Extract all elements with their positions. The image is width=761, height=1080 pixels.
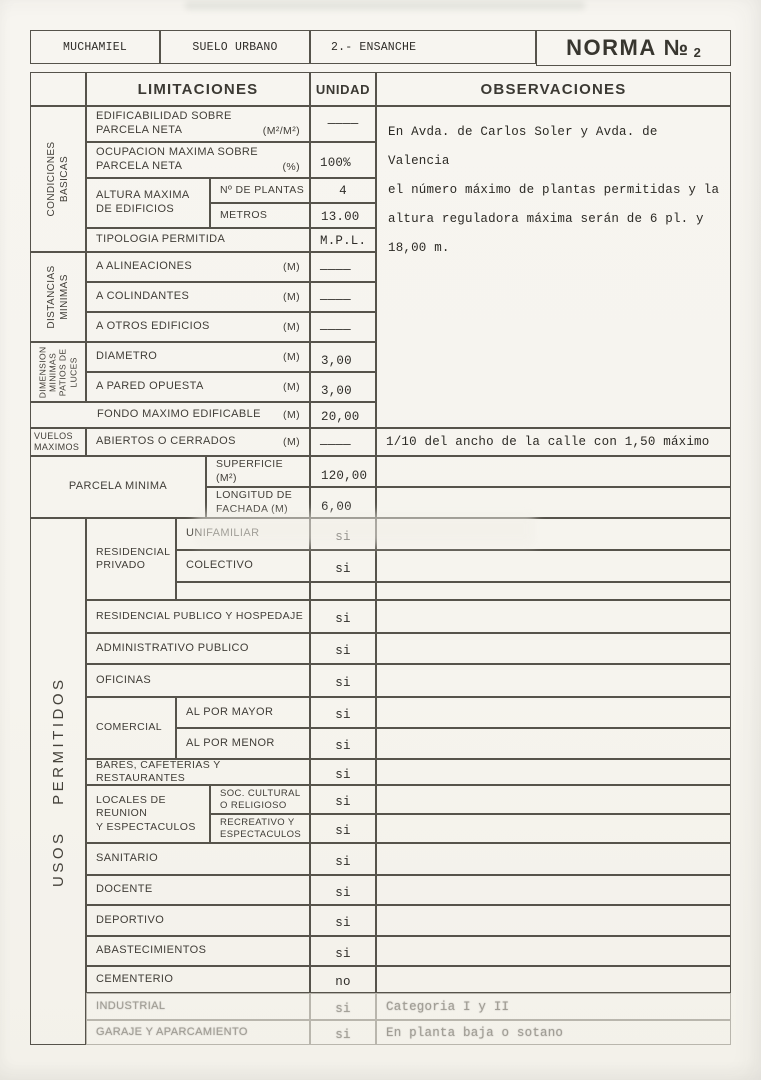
superficie-value: 120,00 (321, 469, 367, 483)
sanitario-value-cell: si (310, 843, 376, 875)
row-sanitario: SANITARIO (86, 843, 310, 875)
observaciones-principal-cell: En Avda. de Carlos Soler y Avda. de Vale… (376, 106, 731, 428)
obs-empty-docente (376, 875, 731, 905)
pared-opuesta-value-cell: 3,00 (310, 372, 376, 402)
abiertos-cerrados-unit: (M) (283, 436, 300, 448)
edificabilidad-unit: (M²/M²) (263, 125, 300, 137)
row-oficinas: OFICINAS (86, 664, 310, 697)
obs-empty-superficie (376, 456, 731, 487)
group-condiciones-basicas-label: CONDICIONES BASICAS (45, 106, 71, 252)
obs-empty-cultural (376, 785, 731, 814)
obs-empty-bares (376, 759, 731, 785)
plantas-value-cell: 4 (310, 178, 376, 203)
fondo-maximo-value-cell: 20,00 (310, 402, 376, 428)
row-residencial-privado: RESIDENCIAL PRIVADO (86, 518, 176, 600)
diametro-value-cell: 3,00 (310, 342, 376, 372)
recreativo-label: RECREATIVO Y ESPECTACULOS (220, 817, 301, 841)
row-administrativo: ADMINISTRATIVO PUBLICO (86, 633, 310, 664)
residencial-publico-label: RESIDENCIAL PUBLICO Y HOSPEDAJE (96, 610, 303, 623)
obs-empty-mayor (376, 697, 731, 728)
comercial-label: COMERCIAL (96, 721, 162, 734)
row-docente: DOCENTE (86, 875, 310, 905)
pared-opuesta-unit: (M) (283, 381, 300, 393)
garaje-value: si (335, 1028, 350, 1042)
al-por-mayor-label: AL POR MAYOR (186, 706, 273, 720)
deportivo-value-cell: si (310, 905, 376, 936)
administrativo-value: si (335, 644, 350, 658)
observaciones-header: OBSERVACIONES (481, 81, 627, 98)
norma-number: 2 (694, 45, 701, 65)
municipality-cell: MUCHAMIEL (30, 30, 160, 64)
colindantes-label: A COLINDANTES (96, 290, 189, 304)
row-edificabilidad: EDIFICABILIDAD SOBRE PARCELA NETA (M²/M²… (86, 106, 310, 142)
pared-opuesta-label: A PARED OPUESTA (96, 380, 204, 394)
al-por-mayor-value: si (335, 708, 350, 722)
group-distancias-minimas: DISTANCIAS MINIMAS (30, 252, 86, 342)
fondo-maximo-value: 20,00 (321, 410, 360, 424)
obs-empty-abastecimientos (376, 936, 731, 966)
residencial-privado-empty-value (310, 582, 376, 600)
unifamiliar-label-cell: UNIFAMILIAR (176, 518, 310, 550)
fachada-label: LONGITUD DE FACHADA (M) (216, 489, 292, 515)
residencial-privado-empty-cell (176, 582, 310, 600)
diametro-unit: (M) (283, 351, 300, 363)
industrial-value-cell: si (310, 993, 376, 1020)
row-industrial: INDUSTRIAL (86, 993, 310, 1020)
metros-value: 13.00 (321, 210, 360, 224)
garaje-label: GARAJE Y APARCAMIENTO (96, 1026, 248, 1040)
obs-empty-oficinas (376, 664, 731, 697)
vuelos-observacion-cell: 1/10 del ancho de la calle con 1,50 máxi… (376, 428, 731, 456)
otros-edificios-unit: (M) (283, 321, 300, 333)
land-class-label: SUELO URBANO (192, 41, 277, 54)
residencial-publico-value-cell: si (310, 600, 376, 633)
docente-label: DOCENTE (96, 883, 153, 897)
recreativo-value-cell: si (310, 814, 376, 843)
row-residencial-publico: RESIDENCIAL PUBLICO Y HOSPEDAJE (86, 600, 310, 633)
row-garaje: GARAJE Y APARCAMIENTO (86, 1020, 310, 1045)
limitaciones-header: LIMITACIONES (138, 81, 259, 98)
row-diametro: DIAMETRO (M) (86, 342, 310, 372)
cementerio-value-cell: no (310, 966, 376, 993)
superficie-value-cell: 120,00 (310, 456, 376, 487)
abiertos-cerrados-value: ———— (320, 438, 351, 452)
observaciones-header-cell: OBSERVACIONES (376, 72, 731, 106)
fachada-label-cell: LONGITUD DE FACHADA (M) (206, 487, 310, 518)
municipality-label: MUCHAMIEL (63, 41, 127, 54)
abiertos-cerrados-label: ABIERTOS O CERRADOS (96, 435, 236, 449)
metros-label-cell: METROS (210, 203, 310, 228)
row-parcela-minima: PARCELA MINIMA (30, 456, 206, 518)
sanitario-label: SANITARIO (96, 852, 158, 866)
deportivo-label: DEPORTIVO (96, 914, 164, 928)
group-vuelos-maximos: VUELOS MAXIMOS (30, 428, 86, 456)
obs-empty-sanitario (376, 843, 731, 875)
industrial-observacion-cell: Categoria I y II (376, 993, 731, 1020)
colindantes-unit: (M) (283, 291, 300, 303)
docente-value: si (335, 886, 350, 900)
row-alineaciones: A ALINEACIONES (M) (86, 252, 310, 282)
bares-value-cell: si (310, 759, 376, 785)
abiertos-cerrados-value-cell: ———— (310, 428, 376, 456)
deportivo-value: si (335, 916, 350, 930)
vuelos-observacion-text: 1/10 del ancho de la calle con 1,50 máxi… (377, 435, 709, 449)
row-abastecimientos: ABASTECIMIENTOS (86, 936, 310, 966)
otros-edificios-value: ———— (320, 323, 351, 337)
abastecimientos-value-cell: si (310, 936, 376, 966)
unifamiliar-value: si (335, 530, 350, 544)
oficinas-label: OFICINAS (96, 674, 151, 688)
superficie-label-cell: SUPERFICIE (M²) (206, 456, 310, 487)
row-ocupacion: OCUPACION MAXIMA SOBRE PARCELA NETA (%) (86, 142, 310, 178)
row-cementerio: CEMENTERIO (86, 966, 310, 993)
fondo-maximo-label: FONDO MAXIMO EDIFICABLE (97, 408, 261, 422)
obs-empty-colectivo (376, 550, 731, 582)
industrial-label: INDUSTRIAL (96, 1000, 165, 1014)
altura-maxima-label: ALTURA MAXIMA DE EDIFICIOS (96, 189, 190, 217)
row-altura-maxima: ALTURA MAXIMA DE EDIFICIOS (86, 178, 210, 228)
obs-empty-cementerio (376, 966, 731, 993)
colectivo-label-cell: COLECTIVO (176, 550, 310, 582)
row-fondo-maximo: FONDO MAXIMO EDIFICABLE (M) (30, 402, 310, 428)
soc-cultural-label-cell: SOC. CULTURAL O RELIGIOSO (210, 785, 310, 814)
colectivo-value: si (335, 562, 350, 576)
plantas-value: 4 (339, 184, 347, 198)
fondo-maximo-unit: (M) (283, 409, 300, 421)
fachada-value-cell: 6,00 (310, 487, 376, 518)
unifamiliar-label: UNIFAMILIAR (186, 527, 259, 541)
alineaciones-unit: (M) (283, 261, 300, 273)
group-usos-permitidos-label: USOS PERMITIDOS (48, 518, 68, 1045)
corner-cell (30, 72, 86, 106)
colectivo-label: COLECTIVO (186, 559, 253, 573)
parcela-minima-label: PARCELA MINIMA (69, 480, 167, 494)
group-vuelos-maximos-label: VUELOS MAXIMOS (34, 431, 79, 453)
recreativo-value: si (335, 824, 350, 838)
fachada-value: 6,00 (321, 500, 352, 514)
obs-empty-resid-pub (376, 600, 731, 633)
unifamiliar-value-cell: si (310, 518, 376, 550)
bares-label: BARES, CAFETERIAS Y RESTAURANTES (96, 759, 305, 785)
tipologia-value-cell: M.P.L. (310, 228, 376, 252)
obs-empty-menor (376, 728, 731, 759)
unidad-header: UNIDAD (316, 82, 370, 97)
sanitario-value: si (335, 855, 350, 869)
unidad-header-cell: UNIDAD (310, 72, 376, 106)
plantas-label: Nº DE PLANTAS (220, 184, 304, 197)
zone-cell: 2.- ENSANCHE (310, 30, 536, 64)
row-locales-reunion: LOCALES DE REUNION Y ESPECTACULOS (86, 785, 210, 843)
land-class-cell: SUELO URBANO (160, 30, 310, 64)
ocupacion-label: OCUPACION MAXIMA SOBRE PARCELA NETA (96, 146, 258, 174)
al-por-menor-value-cell: si (310, 728, 376, 759)
obs-empty-unifamiliar (376, 518, 731, 550)
row-bares: BARES, CAFETERIAS Y RESTAURANTES (86, 759, 310, 785)
ocupacion-unit: (%) (282, 161, 300, 173)
alineaciones-value-cell: ———— (310, 252, 376, 282)
garaje-value-cell: si (310, 1020, 376, 1045)
metros-label: METROS (220, 209, 267, 222)
row-comercial: COMERCIAL (86, 697, 176, 759)
administrativo-label: ADMINISTRATIVO PUBLICO (96, 642, 249, 656)
metros-value-cell: 13.00 (310, 203, 376, 228)
group-patios-luces-label: DIMENSION MINIMAS PATIOS DE LUCES (38, 342, 79, 402)
cementerio-label: CEMENTERIO (96, 973, 173, 987)
industrial-observacion-text: Categoria I y II (377, 1000, 509, 1014)
soc-cultural-value-cell: si (310, 785, 376, 814)
industrial-value: si (335, 1002, 350, 1016)
soc-cultural-label: SOC. CULTURAL O RELIGIOSO (220, 788, 301, 812)
plantas-label-cell: Nº DE PLANTAS (210, 178, 310, 203)
obs-empty-resid-priv (376, 582, 731, 600)
diametro-value: 3,00 (321, 354, 352, 368)
obs-empty-fachada (376, 487, 731, 518)
edificabilidad-value-cell: ———— (310, 106, 376, 142)
superficie-label: SUPERFICIE (M²) (216, 458, 305, 484)
garaje-observacion-text: En planta baja o sotano (377, 1026, 563, 1040)
norma-title: NORMA № (566, 35, 689, 61)
docente-value-cell: si (310, 875, 376, 905)
oficinas-value: si (335, 676, 350, 690)
zone-label: 2.- ENSANCHE (331, 41, 416, 54)
edificabilidad-label: EDIFICABILIDAD SOBRE PARCELA NETA (96, 110, 232, 138)
al-por-mayor-value-cell: si (310, 697, 376, 728)
row-otros-edificios: A OTROS EDIFICIOS (M) (86, 312, 310, 342)
al-por-menor-label-cell: AL POR MENOR (176, 728, 310, 759)
abastecimientos-label: ABASTECIMIENTOS (96, 944, 206, 958)
row-tipologia: TIPOLOGIA PERMITIDA (86, 228, 310, 252)
diametro-label: DIAMETRO (96, 350, 157, 364)
group-condiciones-basicas: CONDICIONES BASICAS (30, 106, 86, 252)
ocupacion-value: 100% (320, 156, 351, 170)
al-por-menor-value: si (335, 739, 350, 753)
obs-empty-administrativo (376, 633, 731, 664)
alineaciones-value: ———— (320, 263, 351, 277)
row-pared-opuesta: A PARED OPUESTA (M) (86, 372, 310, 402)
abastecimientos-value: si (335, 947, 350, 961)
observaciones-principal-text: En Avda. de Carlos Soler y Avda. de Vale… (377, 107, 730, 427)
colindantes-value-cell: ———— (310, 282, 376, 312)
recreativo-label-cell: RECREATIVO Y ESPECTACULOS (210, 814, 310, 843)
row-abiertos-cerrados: ABIERTOS O CERRADOS (M) (86, 428, 310, 456)
pared-opuesta-value: 3,00 (321, 384, 352, 398)
tipologia-value: M.P.L. (320, 234, 366, 248)
row-colindantes: A COLINDANTES (M) (86, 282, 310, 312)
ocupacion-value-cell: 100% (310, 142, 376, 178)
bares-value: si (335, 768, 350, 782)
row-deportivo: DEPORTIVO (86, 905, 310, 936)
scanned-norma-sheet: MUCHAMIEL SUELO URBANO 2.- ENSANCHE NORM… (0, 0, 761, 1080)
obs-empty-recreativo (376, 814, 731, 843)
obs-empty-deportivo (376, 905, 731, 936)
otros-edificios-label: A OTROS EDIFICIOS (96, 320, 210, 334)
scan-bleed-artifact (185, 1, 585, 10)
soc-cultural-value: si (335, 795, 350, 809)
norma-title-cell: NORMA № 2 (536, 30, 731, 66)
group-usos-permitidos: USOS PERMITIDOS (30, 518, 86, 1045)
edificabilidad-value: ———— (328, 117, 359, 131)
otros-edificios-value-cell: ———— (310, 312, 376, 342)
group-patios-luces: DIMENSION MINIMAS PATIOS DE LUCES (30, 342, 86, 402)
residencial-privado-label: RESIDENCIAL PRIVADO (96, 546, 170, 572)
group-distancias-minimas-label: DISTANCIAS MINIMAS (45, 252, 71, 342)
oficinas-value-cell: si (310, 664, 376, 697)
alineaciones-label: A ALINEACIONES (96, 260, 192, 274)
residencial-publico-value: si (335, 612, 350, 626)
colindantes-value: ———— (320, 293, 351, 307)
colectivo-value-cell: si (310, 550, 376, 582)
al-por-menor-label: AL POR MENOR (186, 737, 275, 751)
tipologia-label: TIPOLOGIA PERMITIDA (96, 233, 225, 247)
administrativo-value-cell: si (310, 633, 376, 664)
al-por-mayor-label-cell: AL POR MAYOR (176, 697, 310, 728)
limitaciones-header-cell: LIMITACIONES (86, 72, 310, 106)
locales-reunion-label: LOCALES DE REUNION Y ESPECTACULOS (96, 794, 205, 833)
garaje-observacion-cell: En planta baja o sotano (376, 1020, 731, 1045)
cementerio-value: no (335, 975, 350, 989)
